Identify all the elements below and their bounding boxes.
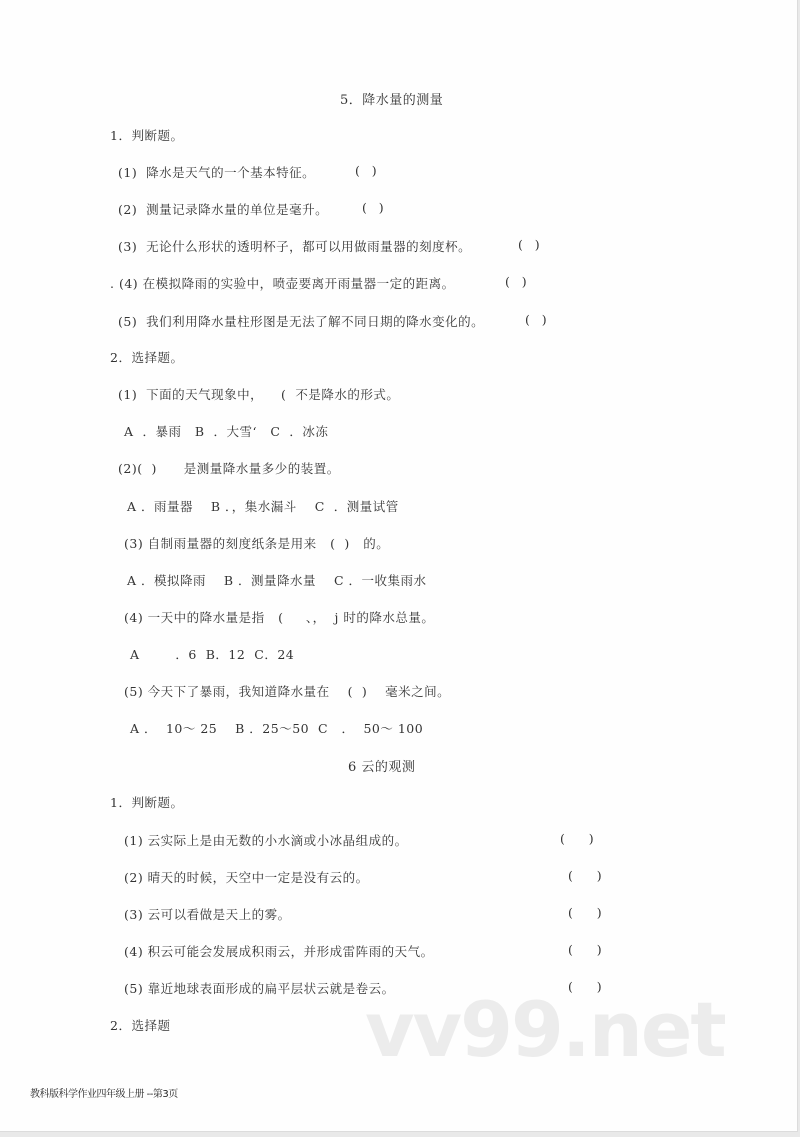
s6-judgment-heading: 1．判断题。 — [110, 793, 183, 811]
section-6-title: 6 云的观测 — [348, 756, 415, 775]
s6-judgment-item-5: (5) 靠近地球表面形成的扁平层状云就是卷云。 — [124, 979, 395, 997]
s5-choice-options-3: A ．模拟降雨 B ．测量降水量 C ．一收集雨水 — [127, 571, 427, 589]
s5-judgment-blank-4[interactable]: ( ) — [505, 274, 527, 289]
s5-choice-heading: 2．选择题。 — [110, 348, 183, 366]
s6-judgment-item-4: (4) 积云可能会发展成积雨云，并形成雷阵雨的天气。 — [124, 942, 434, 960]
s6-judgment-item-1: (1) 云实际上是由无数的小水滴或小冰晶组成的。 — [124, 831, 408, 849]
s6-judgment-item-3: (3) 云可以看做是天上的雾。 — [124, 905, 291, 923]
s6-judgment-blank-1[interactable]: ( ) — [560, 831, 594, 846]
s5-judgment-blank-3[interactable]: ( ) — [518, 237, 540, 252]
s6-judgment-blank-2[interactable]: ( ) — [568, 868, 602, 883]
s6-judgment-item-2: (2) 晴天的时候，天空中一定是没有云的。 — [124, 868, 369, 886]
s5-judgment-blank-5[interactable]: ( ) — [525, 312, 547, 327]
s5-choice-question-3: (3) 自制雨量器的刻度纸条是用来 ( ) 的。 — [124, 534, 389, 552]
s5-judgment-heading: 1．判断题。 — [110, 126, 183, 144]
s5-judgment-item-1: (1) 降水是天气的一个基本特征。 — [118, 163, 315, 181]
s5-choice-options-4: A ．6 B．12 C．24 — [130, 645, 294, 663]
s6-judgment-blank-3[interactable]: ( ) — [568, 905, 602, 920]
s6-judgment-blank-4[interactable]: ( ) — [568, 942, 602, 957]
s5-choice-options-1: A ．暴雨 B ．大雪‘ C ．冰冻 — [124, 422, 328, 440]
document-page: 5．降水量的测量 1．判断题。 (1) 降水是天气的一个基本特征。 ( ) (2… — [0, 0, 798, 1132]
section-5-title: 5．降水量的测量 — [340, 89, 443, 108]
s5-choice-question-4: (4) 一天中的降水量是指 ( 、， j 时的降水总量。 — [124, 608, 434, 626]
s5-judgment-item-3: (3) 无论什么形状的透明杯子，都可以用做雨量器的刻度杯。 — [118, 237, 471, 255]
page-footer: 教科版科学作业四年级上册 --第3页 — [30, 1085, 178, 1100]
s5-judgment-blank-1[interactable]: ( ) — [355, 163, 377, 178]
s5-judgment-item-5: (5) 我们利用降水量柱形图是无法了解不同日期的降水变化的。 — [118, 312, 484, 330]
s5-choice-question-1: (1) 下面的天气现象中， ( 不是降水的形式。 — [118, 385, 399, 403]
s6-choice-heading: 2．选择题 — [110, 1016, 170, 1034]
s5-choice-question-5: (5) 今天下了暴雨，我知道降水量在 ( ) 毫米之间。 — [124, 682, 450, 700]
s5-choice-options-2: A ．雨量器 B ．，集水漏斗 C ．测量试管 — [127, 497, 399, 515]
watermark: vv99.net — [365, 992, 725, 1068]
s5-judgment-item-4: . (4) 在模拟降雨的实验中，喷壶要离开雨量器一定的距离。 — [110, 274, 455, 292]
s5-choice-options-5: A ． 10～ 25 B ．25～50 C ． 50～ 100 — [130, 719, 423, 737]
s5-judgment-blank-2[interactable]: ( ) — [362, 200, 384, 215]
s5-judgment-item-2: (2) 测量记录降水量的单位是毫升。 — [118, 200, 328, 218]
s5-choice-question-2: (2)( ) 是测量降水量多少的装置。 — [118, 459, 340, 477]
